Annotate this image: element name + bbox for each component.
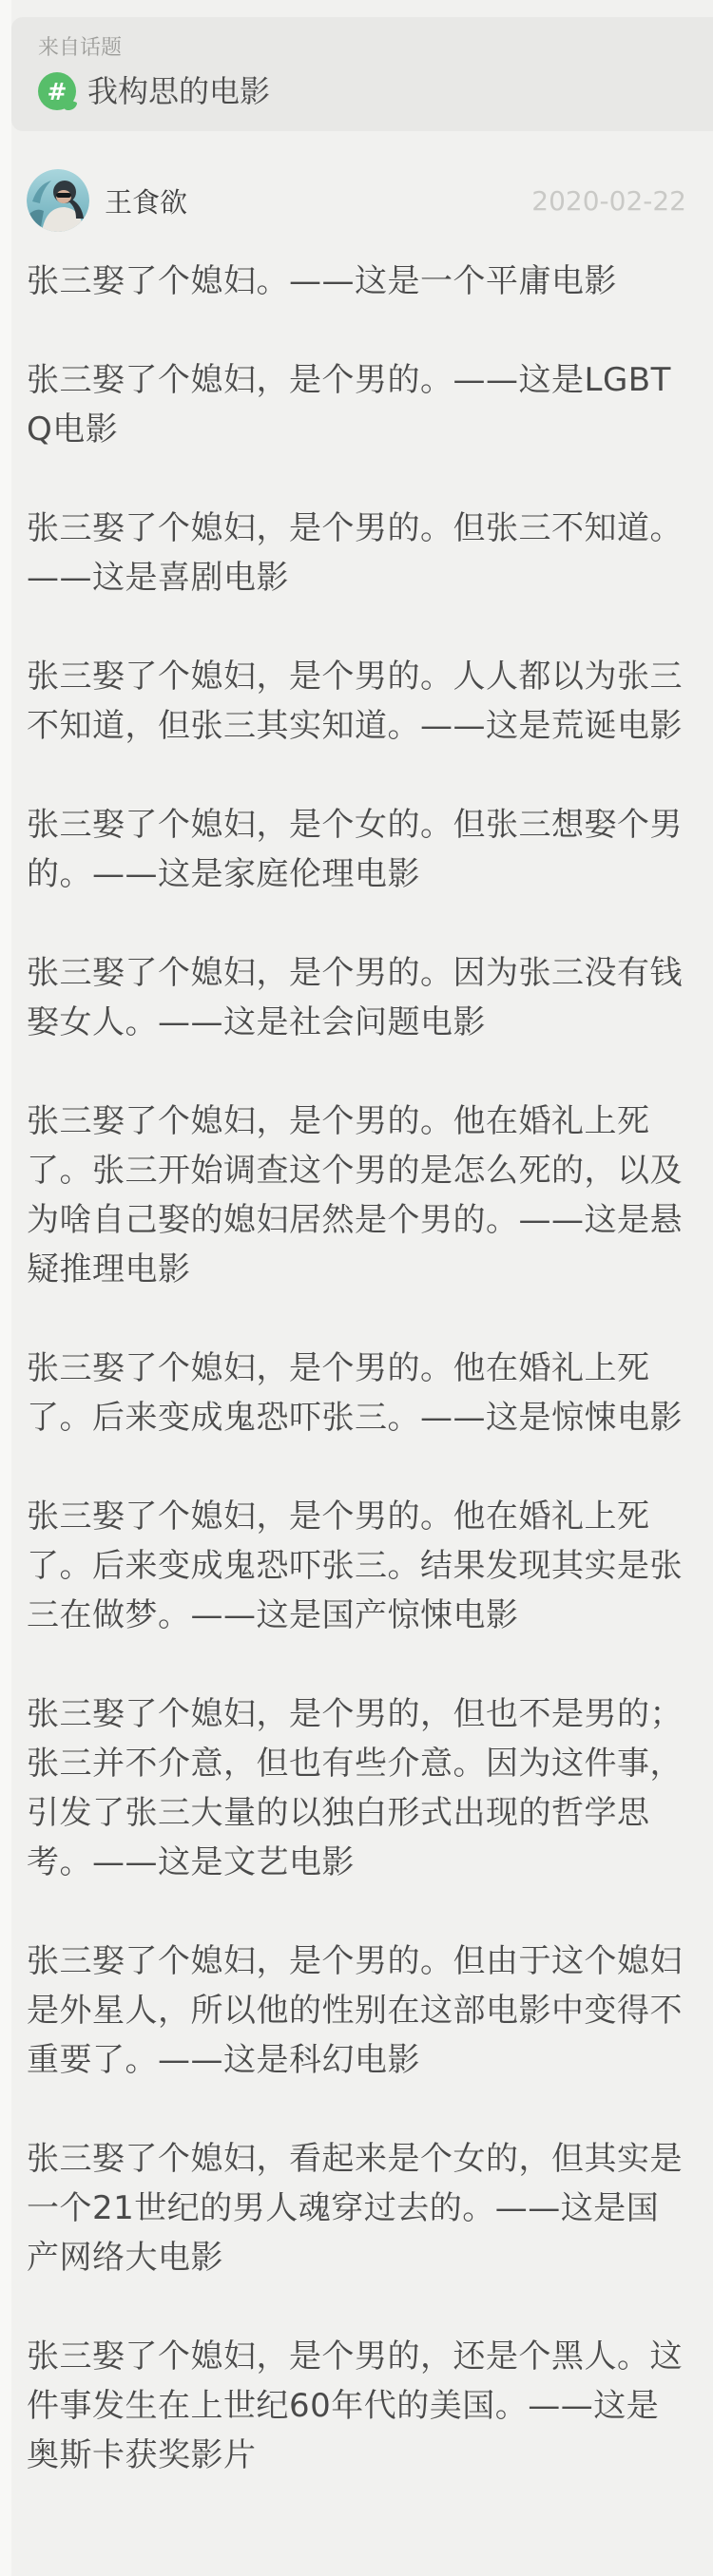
post-body: 张三娶了个媳妇。——这是一个平庸电影张三娶了个媳妇，是个男的。——这是LGBTQ… bbox=[27, 257, 686, 2480]
post-paragraph: 张三娶了个媳妇，是个男的。因为张三没有钱娶女人。——这是社会问题电影 bbox=[27, 948, 686, 1047]
post-paragraph: 张三娶了个媳妇，是个男的，还是个黑人。这件事发生在上世纪60年代的美国。——这是… bbox=[27, 2332, 686, 2480]
topic-row: # 我构思的电影 bbox=[38, 70, 694, 112]
post-paragraph: 张三娶了个媳妇，是个男的。但张三不知道。——这是喜剧电影 bbox=[27, 504, 686, 602]
post-date: 2020-02-22 bbox=[531, 185, 686, 217]
post-paragraph: 张三娶了个媳妇，看起来是个女的，但其实是一个21世纪的男人魂穿过去的。——这是国… bbox=[27, 2134, 686, 2282]
post-paragraph: 张三娶了个媳妇，是个男的。他在婚礼上死了。张三开始调查这个男的是怎么死的，以及为… bbox=[27, 1097, 686, 1294]
topic-source-label: 来自话题 bbox=[38, 34, 694, 63]
author-avatar[interactable] bbox=[27, 169, 89, 232]
author-name[interactable]: 王食欲 bbox=[105, 181, 187, 220]
post-paragraph: 张三娶了个媳妇，是个男的，但也不是男的；张三并不介意，但也有些介意。因为这件事，… bbox=[27, 1689, 686, 1887]
post-paragraph: 张三娶了个媳妇，是个男的。人人都以为张三不知道，但张三其实知道。——这是荒诞电影 bbox=[27, 652, 686, 751]
author-row: 王食欲 2020-02-22 bbox=[27, 169, 686, 232]
avatar-photo-icon bbox=[27, 169, 89, 232]
post-paragraph: 张三娶了个媳妇，是个男的。——这是LGBTQ电影 bbox=[27, 355, 686, 454]
topic-title[interactable]: 我构思的电影 bbox=[87, 70, 270, 112]
page-edge-gutter bbox=[0, 0, 11, 2576]
post-paragraph: 张三娶了个媳妇。——这是一个平庸电影 bbox=[27, 257, 686, 306]
post-paragraph: 张三娶了个媳妇，是个男的。他在婚礼上死了。后来变成鬼恐吓张三。——这是惊悚电影 bbox=[27, 1344, 686, 1442]
topic-hash-icon: # bbox=[38, 72, 76, 110]
post-paragraph: 张三娶了个媳妇，是个女的。但张三想娶个男的。——这是家庭伦理电影 bbox=[27, 800, 686, 899]
post-paragraph: 张三娶了个媳妇，是个男的。但由于这个媳妇是外星人，所以他的性别在这部电影中变得不… bbox=[27, 1937, 686, 2085]
topic-card[interactable]: 来自话题 # 我构思的电影 bbox=[11, 17, 713, 131]
post-paragraph: 张三娶了个媳妇，是个男的。他在婚礼上死了。后来变成鬼恐吓张三。结果发现其实是张三… bbox=[27, 1492, 686, 1640]
